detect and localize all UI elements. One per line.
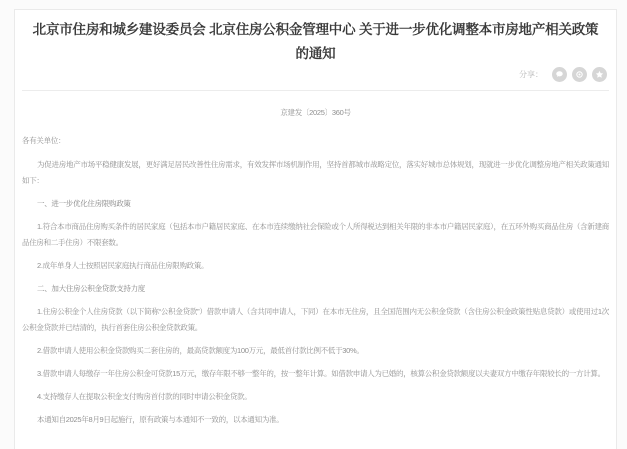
share-weibo-icon[interactable]: [572, 67, 587, 82]
body-paragraph: 4.支持缴存人在提取公积金支付购房首付款的同时申请公积金贷款。: [22, 389, 609, 405]
share-row: 分享：: [22, 66, 607, 82]
sections-container: 一、进一步优化住房限购政策1.符合本市商品住房购买条件的居民家庭（包括本市户籍居…: [22, 196, 609, 405]
doc-number: 京建发〔2025〕360号: [22, 105, 609, 121]
body-paragraph: 1.住房公积金个人住房贷款（以下简称“公积金贷款”）借款申请人（含共同申请人，下…: [22, 304, 609, 336]
salutation: 各有关单位：: [22, 133, 609, 149]
section-heading: 一、进一步优化住房限购政策: [22, 196, 609, 212]
page-title: 北京市住房和城乡建设委员会 北京住房公积金管理中心 关于进一步优化调整本市房地产…: [22, 18, 609, 66]
divider: [22, 90, 609, 91]
article-panel: 北京市住房和城乡建设委员会 北京住房公积金管理中心 关于进一步优化调整本市房地产…: [14, 9, 617, 432]
body-paragraph: 1.符合本市商品住房购买条件的居民家庭（包括本市户籍居民家庭、在本市连续缴纳社会…: [22, 219, 609, 251]
share-wechat-icon[interactable]: [552, 67, 567, 82]
body-paragraph: 2.成年单身人士按照居民家庭执行商品住房限购政策。: [22, 258, 609, 274]
body-paragraph: 3.借款申请人每缴存一年住房公积金可贷款15万元，缴存年限不够一整年的，按一整年…: [22, 366, 609, 382]
share-label: 分享：: [519, 69, 543, 80]
intro-paragraph: 为促进房地产市场平稳健康发展，更好满足居民改善性住房需求，有效发挥市场机制作用，…: [22, 157, 609, 189]
page-title-line2: 的通知: [22, 42, 609, 66]
body-paragraph: 2.借款申请人使用公积金贷款购买二套住房的，最高贷款额度为100万元，最低首付款…: [22, 343, 609, 359]
section-heading: 二、加大住房公积金贷款支持力度: [22, 281, 609, 297]
closing-paragraph: 本通知自2025年8月9日起施行，原有政策与本通知不一致的，以本通知为准。: [22, 412, 609, 428]
share-more-icon[interactable]: [592, 67, 607, 82]
page-title-line1: 北京市住房和城乡建设委员会 北京住房公积金管理中心 关于进一步优化调整本市房地产…: [22, 18, 609, 42]
